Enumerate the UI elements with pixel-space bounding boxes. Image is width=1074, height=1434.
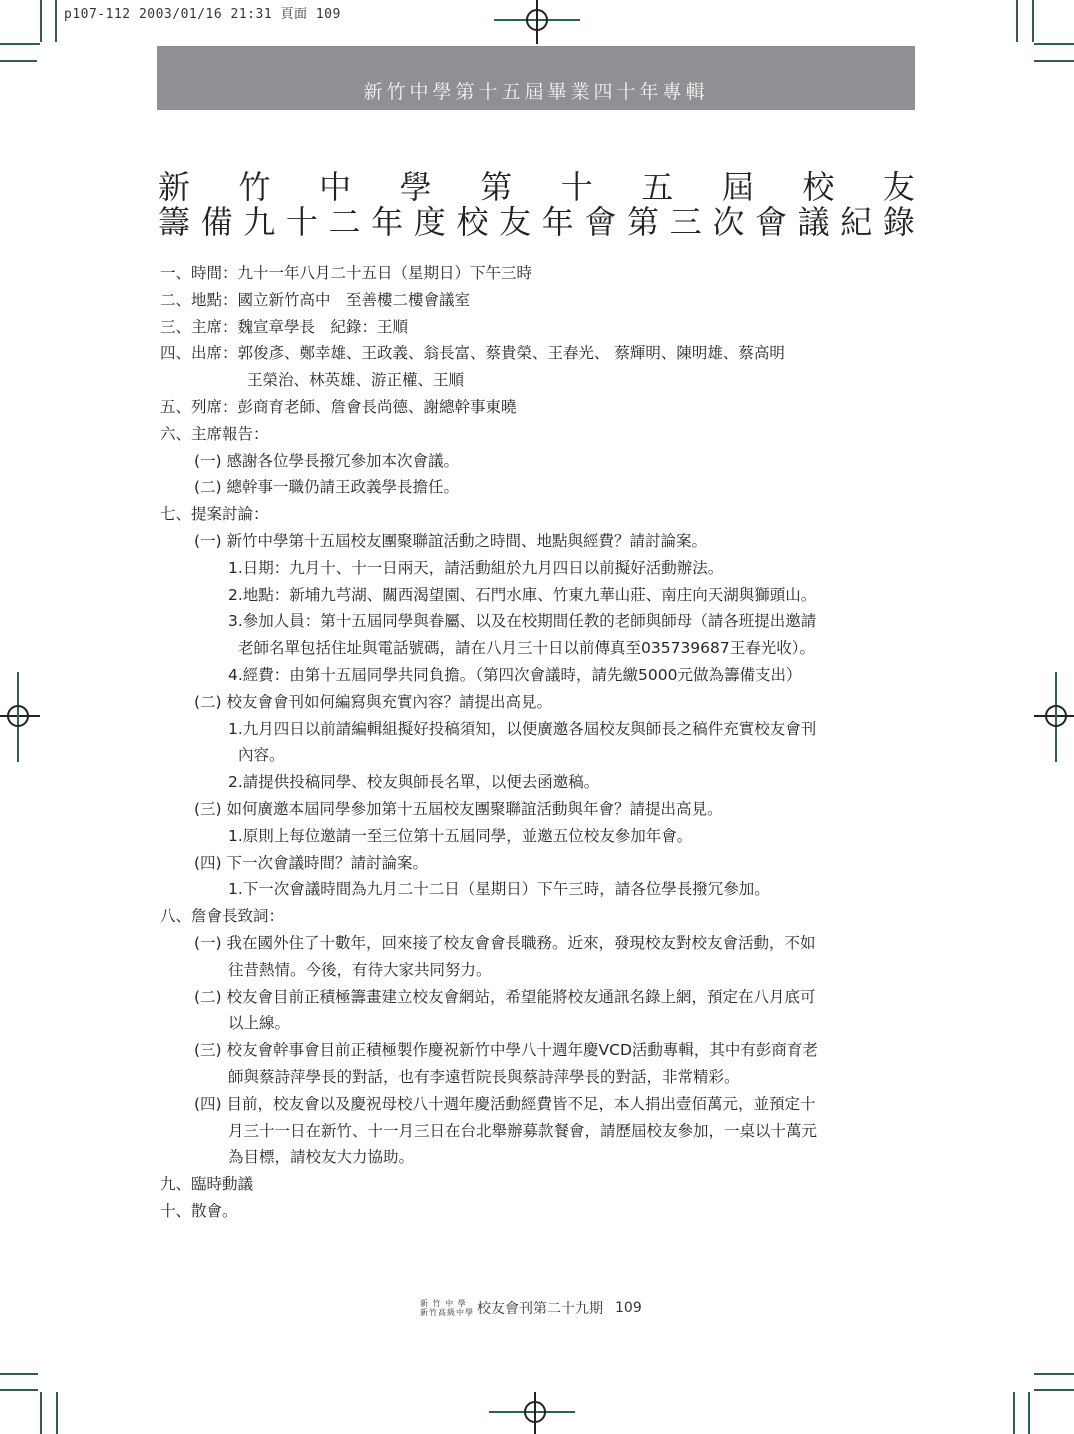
crop-mark <box>1034 1373 1074 1375</box>
title-char: 第 <box>627 197 659 243</box>
minutes-line: (一) 我在國外住了十數年，回來接了校友會會長職務。近來，發現校友對校友會活動，… <box>160 930 910 957</box>
crop-mark <box>40 0 42 42</box>
minutes-line: 九、臨時動議 <box>160 1171 910 1198</box>
registration-mark-top <box>494 0 580 44</box>
banner-title: 新竹中學第十五屆畢業四十年專輯 <box>157 77 915 104</box>
minutes-line: 十、散會。 <box>160 1198 910 1225</box>
title-char: 度 <box>414 197 446 243</box>
registration-mark-right <box>1034 672 1074 764</box>
minutes-line: 三、主席：魏宣章學長 紀錄：王順 <box>160 314 910 341</box>
minutes-line: 1.九月四日以前請編輯組擬好投稿須知，以便廣邀各屆校友與師長之稿件充實校友會刊 <box>160 716 910 743</box>
title-char: 錄 <box>883 197 915 243</box>
minutes-line: (四) 下一次會議時間？請討論案。 <box>160 850 910 877</box>
minutes-line: (一) 感謝各位學長撥冗參加本次會議。 <box>160 448 910 475</box>
crop-mark <box>1034 1389 1074 1391</box>
title-char: 二 <box>329 197 361 243</box>
registration-mark-left <box>0 672 42 764</box>
title-char: 九 <box>243 197 275 243</box>
crop-mark <box>0 43 40 45</box>
minutes-line: 4.經費：由第十五屆同學共同負擔。（第四次會議時，請先繳5000元做為籌備支出） <box>160 662 910 689</box>
minutes-line: 王榮治、林英雄、游正權、王順 <box>160 367 910 394</box>
title-char: 籌 <box>158 197 190 243</box>
crop-mark <box>1034 60 1074 62</box>
title-char: 友 <box>499 197 531 243</box>
minutes-line: 七、提案討論： <box>160 501 910 528</box>
title-line-2: 籌備九十二年度校友年會第三次會議紀錄 <box>158 197 915 243</box>
printer-slug: p107-112 2003/01/16 21:31 頁面 109 <box>64 3 341 22</box>
crop-mark <box>0 60 37 62</box>
minutes-line: 3.參加人員：第十五屆同學與眷屬、以及在校期間任教的老師與師母（請各班提出邀請 <box>160 608 910 635</box>
crop-mark <box>40 1392 42 1434</box>
minutes-line: (二) 校友會目前正積極籌畫建立校友會網站，希望能將校友通訊名錄上網，預定在八月… <box>160 984 910 1011</box>
crop-mark <box>55 0 57 42</box>
logo-top: 新 竹 中 學 <box>420 1299 474 1308</box>
minutes-line: 1.日期：九月十、十一日兩天，請活動組於九月四日以前擬好活動辦法。 <box>160 555 910 582</box>
minutes-line: 1.原則上每位邀請一至三位第十五屆同學，並邀五位校友參加年會。 <box>160 823 910 850</box>
title-char: 十 <box>286 197 318 243</box>
minutes-line: (四) 目前，校友會以及慶祝母校八十週年慶活動經費皆不足，本人捐出壹佰萬元，並預… <box>160 1091 910 1118</box>
publication-name: 校友會刊第二十九期 <box>477 1298 603 1318</box>
minutes-line: (三) 校友會幹事會目前正積極製作慶祝新竹中學八十週年慶VCD活動專輯，其中有彭… <box>160 1037 910 1064</box>
minutes-line: 八、詹會長致詞： <box>160 903 910 930</box>
crop-mark <box>1034 43 1074 45</box>
minutes-line: 2.請提供投稿同學、校友與師長名單，以便去函邀稿。 <box>160 769 910 796</box>
registration-mark-bottom <box>489 1392 575 1434</box>
minutes-line: 1.下一次會議時間為九月二十二日（星期日）下午三時，請各位學長撥冗參加。 <box>160 876 910 903</box>
minutes-line: 為目標，請校友大力協助。 <box>160 1144 910 1171</box>
title-char: 紀 <box>840 197 872 243</box>
page-number: 109 <box>615 1300 642 1316</box>
minutes-line: 師與蔡詩萍學長的對話，也有李遠哲院長與蔡詩萍學長的對話，非常精彩。 <box>160 1064 910 1091</box>
minutes-line: 以上線。 <box>160 1010 910 1037</box>
title-char: 議 <box>798 197 830 243</box>
crop-mark <box>1028 1392 1030 1434</box>
minutes-line: 四、出席：郭俊彥、鄭幸雄、王政義、翁長富、蔡貴榮、王春光、 蔡輝明、陳明雄、蔡高… <box>160 340 910 367</box>
minutes-line: (三) 如何廣邀本屆同學參加第十五屆校友團聚聯誼活動與年會？請提出高見。 <box>160 796 910 823</box>
title-char: 會 <box>755 197 787 243</box>
minutes-line: 2.地點：新埔九芎湖、關西渴望園、石門水庫、竹東九華山莊、南庄向天湖與獅頭山。 <box>160 582 910 609</box>
crop-mark <box>1016 0 1018 42</box>
minutes-line: 六、主席報告： <box>160 421 910 448</box>
crop-mark <box>1013 1392 1015 1434</box>
logo-bottom: 新竹高級中學 <box>420 1308 474 1317</box>
minutes-line: (二) 總幹事一職仍請王政義學長擔任。 <box>160 474 910 501</box>
minutes-line: 內容。 <box>160 742 910 769</box>
crop-mark <box>0 1373 38 1375</box>
minutes-line: 一、時間：九十一年八月二十五日（星期日）下午三時 <box>160 260 910 287</box>
title-char: 年 <box>542 197 574 243</box>
minutes-line: 老師名單包括住址與電話號碼，請在八月三十日以前傳真至035739687王春光收）… <box>160 635 910 662</box>
minutes-body: 一、時間：九十一年八月二十五日（星期日）下午三時二、地點：國立新竹高中 至善樓二… <box>160 260 910 1225</box>
minutes-line: 五、列席：彭商育老師、詹會長尚德、謝總幹事東曉 <box>160 394 910 421</box>
page-footer: 新 竹 中 學 新竹高級中學 校友會刊第二十九期 109 <box>420 1298 642 1318</box>
title-char: 會 <box>584 197 616 243</box>
title-char: 年 <box>371 197 403 243</box>
crop-mark <box>1032 0 1034 42</box>
title-char: 次 <box>712 197 744 243</box>
crop-mark <box>56 1392 58 1434</box>
minutes-line: (一) 新竹中學第十五屆校友團聚聯誼活動之時間、地點與經費？請討論案。 <box>160 528 910 555</box>
school-logo: 新 竹 中 學 新竹高級中學 <box>420 1299 474 1317</box>
header-banner: 新竹中學第十五屆畢業四十年專輯 <box>157 46 915 110</box>
minutes-line: (二) 校友會會刊如何編寫與充實內容？請提出高見。 <box>160 689 910 716</box>
title-char: 備 <box>201 197 233 243</box>
title-char: 校 <box>456 197 488 243</box>
minutes-line: 月三十一日在新竹、十一月三日在台北舉辦募款餐會，請歷屆校友參加，一桌以十萬元 <box>160 1118 910 1145</box>
crop-mark <box>0 1389 38 1391</box>
title-char: 三 <box>670 197 702 243</box>
minutes-line: 二、地點：國立新竹高中 至善樓二樓會議室 <box>160 287 910 314</box>
minutes-line: 往昔熱情。今後，有待大家共同努力。 <box>160 957 910 984</box>
